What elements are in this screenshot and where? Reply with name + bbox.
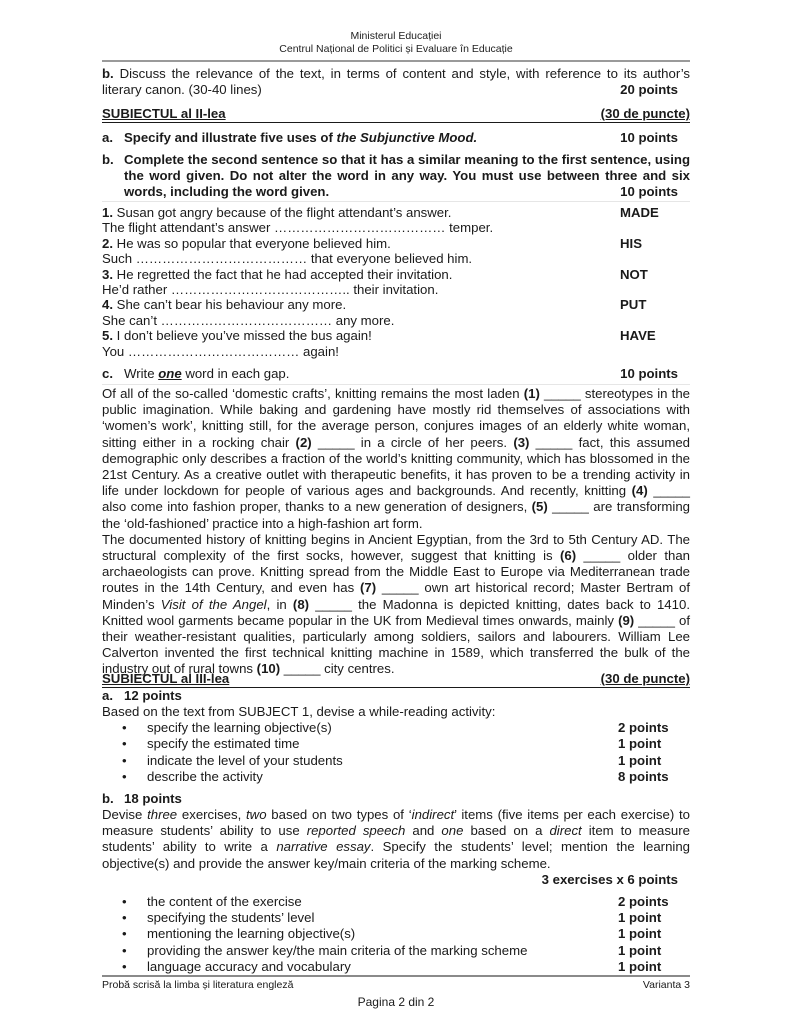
- original-sentence-row: 4. She can’t bear his behaviour any more…: [102, 297, 690, 312]
- footer-variant: Varianta 3: [643, 979, 690, 991]
- original-sentence-row: 1. Susan got angry because of the flight…: [102, 205, 690, 220]
- italic-text: indirect: [412, 807, 455, 822]
- item-label: b.: [102, 152, 124, 200]
- criteria-item: •describe the activity8 points: [102, 769, 690, 785]
- transformation-item: 3. He regretted the fact that he had acc…: [102, 267, 690, 298]
- criteria-text: mentioning the learning objective(s): [147, 926, 618, 942]
- criteria-text: language accuracy and vocabulary: [147, 959, 618, 975]
- item-label: a.: [102, 688, 124, 704]
- header-center: Centrul Național de Politici și Evaluare…: [102, 43, 690, 56]
- original-sentence: 1. Susan got angry because of the flight…: [102, 205, 451, 220]
- bullet-icon: •: [102, 926, 147, 942]
- header-ministry: Ministerul Educației: [102, 30, 690, 43]
- subject1-item-b: b. Discuss the relevance of the text, in…: [102, 66, 690, 98]
- item-number: 2.: [102, 236, 113, 251]
- criteria-item: •mentioning the learning objective(s)1 p…: [102, 926, 690, 942]
- rewrite-sentence: He’d rather ………………………………….. their invita…: [102, 282, 690, 297]
- italic-text: Visit of the Angel: [161, 597, 267, 612]
- item-label: b.: [102, 66, 114, 81]
- cloze-paragraph-2: The documented history of knitting begin…: [102, 532, 690, 678]
- keyword: MADE: [620, 205, 690, 220]
- subject2-item-a: a. Specify and illustrate five uses of t…: [102, 130, 690, 145]
- transformation-list: 1. Susan got angry because of the flight…: [102, 205, 690, 359]
- transformation-item: 5. I don’t believe you’ve missed the bus…: [102, 328, 690, 359]
- gap-number: (6): [560, 548, 576, 563]
- item-heading: 12 points: [124, 688, 182, 704]
- original-sentence-row: 2. He was so popular that everyone belie…: [102, 236, 690, 251]
- criteria-points: 2 points: [618, 894, 690, 910]
- italic-text: reported speech: [307, 823, 406, 838]
- criteria-points: 1 point: [618, 753, 690, 769]
- original-sentence: 4. She can’t bear his behaviour any more…: [102, 297, 346, 312]
- item-number: 1.: [102, 205, 113, 220]
- cloze-text: Of all of the so-called ‘domestic crafts…: [102, 386, 690, 678]
- bullet-icon: •: [102, 736, 147, 752]
- bullet-icon: •: [102, 769, 147, 785]
- item-text-emphasis: one: [158, 366, 181, 381]
- item-intro: Based on the text from SUBJECT 1, devise…: [102, 704, 690, 720]
- gap-number: (7): [360, 580, 376, 595]
- subject3-heading: SUBIECTUL al III-lea (30 de puncte): [102, 671, 690, 688]
- subject2-item-b: b. Complete the second sentence so that …: [102, 152, 690, 200]
- item-text: word in each gap.: [182, 366, 290, 381]
- criteria-item: •specify the learning objective(s)2 poin…: [102, 720, 690, 736]
- cloze-paragraph-1: Of all of the so-called ‘domestic crafts…: [102, 386, 690, 532]
- item-text: Specify and illustrate five uses of: [124, 130, 337, 145]
- item-label: c.: [102, 366, 124, 381]
- criteria-text: describe the activity: [147, 769, 618, 785]
- bullet-icon: •: [102, 959, 147, 975]
- item-points: 20 points: [620, 82, 678, 97]
- transformation-item: 1. Susan got angry because of the flight…: [102, 205, 690, 236]
- item-points: 10 points: [620, 130, 690, 145]
- criteria-text: providing the answer key/the main criter…: [147, 943, 618, 959]
- bullet-icon: •: [102, 910, 147, 926]
- subject3-item-b: b. 18 points Devise three exercises, two…: [102, 791, 690, 975]
- keyword: NOT: [620, 267, 690, 282]
- gap-number: (1): [524, 386, 540, 401]
- criteria-item: •specify the estimated time1 point: [102, 736, 690, 752]
- criteria-points: 1 point: [618, 910, 690, 926]
- item-number: 5.: [102, 328, 113, 343]
- keyword: HAVE: [620, 328, 690, 343]
- italic-text: narrative essay: [276, 839, 370, 854]
- criteria-text: specify the estimated time: [147, 736, 618, 752]
- criteria-item: •language accuracy and vocabulary1 point: [102, 959, 690, 975]
- item-text-italic: the Subjunctive Mood.: [337, 130, 478, 145]
- criteria-item: •specifying the students’ level1 point: [102, 910, 690, 926]
- item-points: 10 points: [620, 366, 690, 381]
- transformation-item: 2. He was so popular that everyone belie…: [102, 236, 690, 267]
- criteria-points: 1 point: [618, 736, 690, 752]
- keyword: HIS: [620, 236, 690, 251]
- criteria-points: 8 points: [618, 769, 690, 785]
- italic-text: direct: [549, 823, 581, 838]
- italic-text: two: [246, 807, 267, 822]
- original-sentence-row: 5. I don’t believe you’ve missed the bus…: [102, 328, 690, 343]
- footer-exam-name: Probă scrisă la limba și literatura engl…: [102, 979, 293, 991]
- italic-text: three: [147, 807, 177, 822]
- gap-number: (5): [532, 499, 548, 514]
- criteria-points: 1 point: [618, 959, 690, 975]
- item-total-points: 3 exercises x 6 points: [542, 872, 678, 887]
- subject2-item-c: c. Write one word in each gap. 10 points: [102, 366, 690, 381]
- gap-number: (8): [293, 597, 309, 612]
- item-points: 10 points: [620, 184, 678, 199]
- criteria-item: •providing the answer key/the main crite…: [102, 943, 690, 959]
- gap-number: (4): [632, 483, 648, 498]
- section-divider: [102, 384, 690, 385]
- criteria-text: the content of the exercise: [147, 894, 618, 910]
- gap-number: (2): [296, 435, 312, 450]
- criteria-text: indicate the level of your students: [147, 753, 618, 769]
- criteria-points: 1 point: [618, 926, 690, 942]
- criteria-list: •specify the learning objective(s)2 poin…: [102, 720, 690, 785]
- item-text: Write: [124, 366, 158, 381]
- original-sentence-row: 3. He regretted the fact that he had acc…: [102, 267, 690, 282]
- header-divider: [102, 60, 690, 62]
- transformation-item: 4. She can’t bear his behaviour any more…: [102, 297, 690, 328]
- item-label: b.: [102, 791, 124, 807]
- section-divider: [102, 201, 690, 202]
- italic-text: one: [441, 823, 463, 838]
- subject-points: (30 de puncte): [601, 671, 690, 687]
- subject-title: SUBIECTUL al II-lea: [102, 106, 226, 122]
- subject2-heading: SUBIECTUL al II-lea (30 de puncte): [102, 106, 690, 123]
- item-number: 4.: [102, 297, 113, 312]
- page-header: Ministerul Educației Centrul Național de…: [102, 30, 690, 56]
- rewrite-sentence: Such ………………………………… that everyone believe…: [102, 251, 690, 266]
- rewrite-sentence: You ………………………………… again!: [102, 344, 690, 359]
- item-text: Complete the second sentence so that it …: [124, 152, 690, 200]
- subject-title: SUBIECTUL al III-lea: [102, 671, 229, 687]
- item-text: Devise three exercises, two based on two…: [102, 807, 690, 872]
- original-sentence: 3. He regretted the fact that he had acc…: [102, 267, 452, 282]
- bullet-icon: •: [102, 753, 147, 769]
- item-label: a.: [102, 130, 124, 145]
- gap-number: (9): [618, 613, 634, 628]
- criteria-list: •the content of the exercise2 points•spe…: [102, 894, 690, 975]
- criteria-points: 1 point: [618, 943, 690, 959]
- rewrite-sentence: She can’t ………………………………… any more.: [102, 313, 690, 328]
- criteria-item: •the content of the exercise2 points: [102, 894, 690, 910]
- page-footer: Probă scrisă la limba și literatura engl…: [102, 979, 690, 991]
- item-heading: 18 points: [124, 791, 182, 807]
- item-number: 3.: [102, 267, 113, 282]
- subject3-item-a: a. 12 points Based on the text from SUBJ…: [102, 688, 690, 785]
- bullet-icon: •: [102, 894, 147, 910]
- rewrite-sentence: The flight attendant’s answer ……………………………: [102, 220, 690, 235]
- page-number: Pagina 2 din 2: [102, 995, 690, 1009]
- criteria-points: 2 points: [618, 720, 690, 736]
- footer-divider: [102, 975, 690, 977]
- bullet-icon: •: [102, 943, 147, 959]
- subject-points: (30 de puncte): [601, 106, 690, 122]
- original-sentence: 5. I don’t believe you’ve missed the bus…: [102, 328, 372, 343]
- criteria-text: specify the learning objective(s): [147, 720, 618, 736]
- keyword: PUT: [620, 297, 690, 312]
- bullet-icon: •: [102, 720, 147, 736]
- original-sentence: 2. He was so popular that everyone belie…: [102, 236, 391, 251]
- criteria-text: specifying the students’ level: [147, 910, 618, 926]
- gap-number: (3): [513, 435, 529, 450]
- criteria-item: •indicate the level of your students1 po…: [102, 753, 690, 769]
